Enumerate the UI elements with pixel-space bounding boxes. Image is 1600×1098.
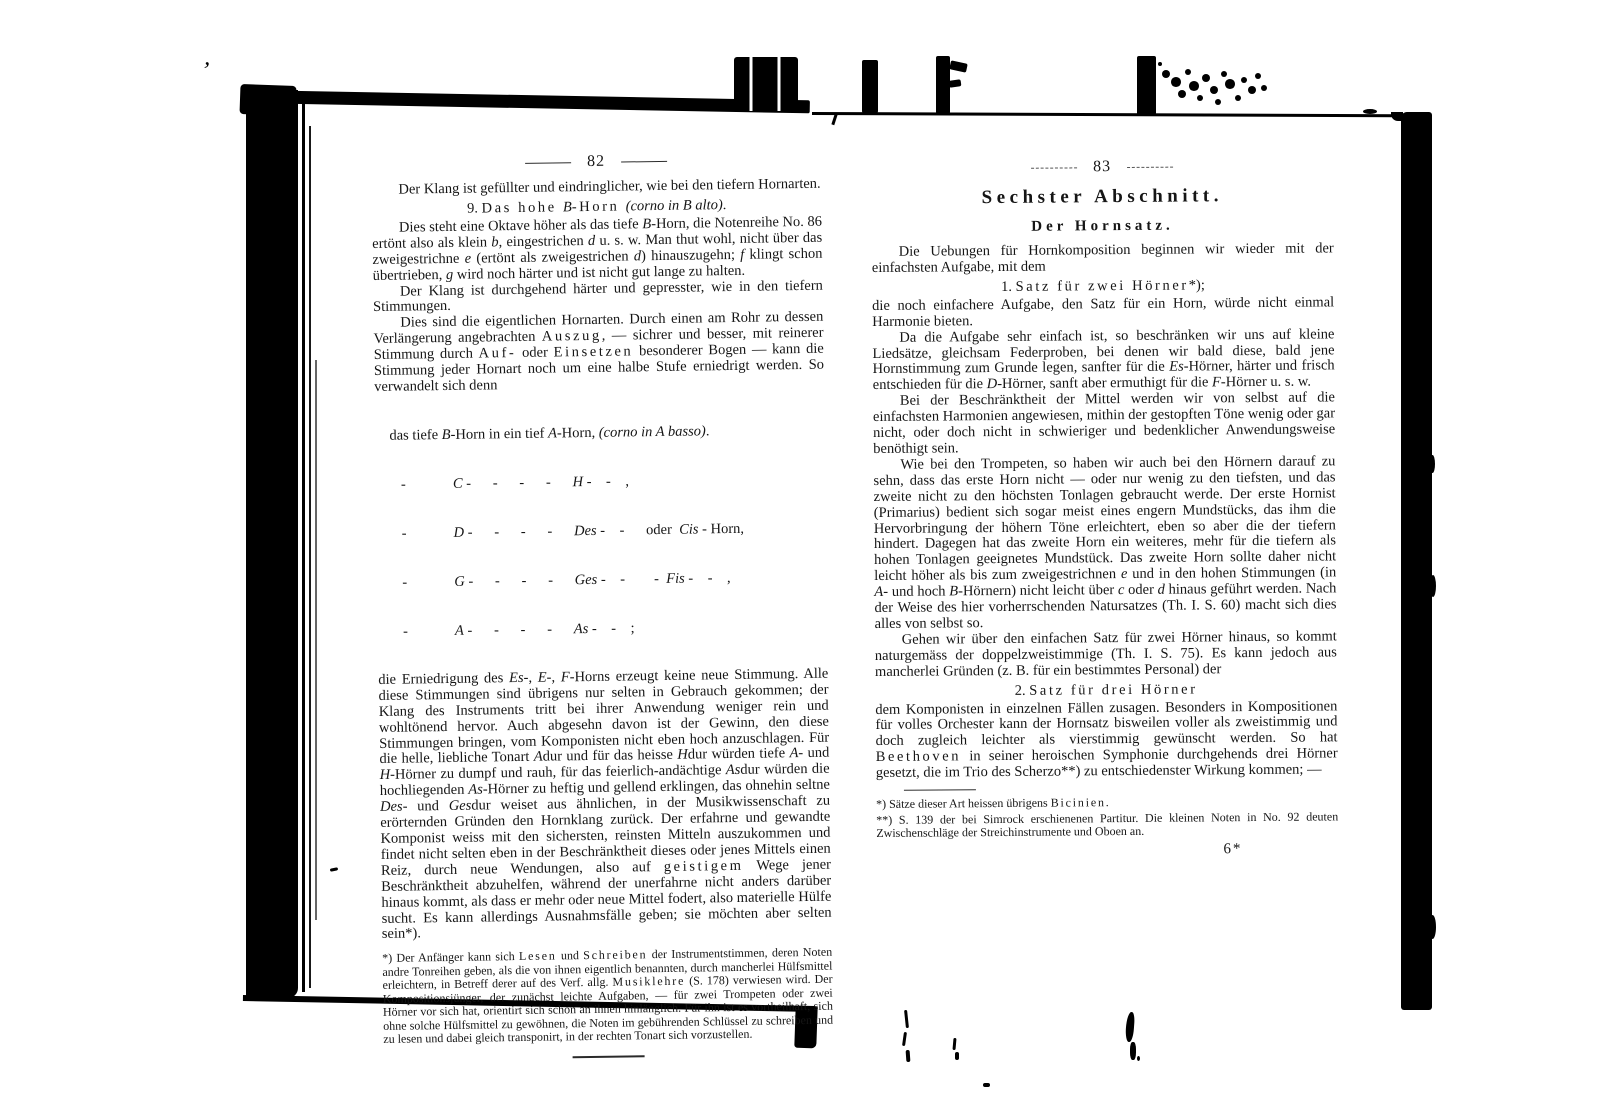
heading-satz-zwei-hoerner: 1. Satz für zwei Hörner*); [872, 276, 1334, 297]
ink-speck [1137, 1056, 1140, 1061]
footnote-2: **) S. 139 der bei Simrock erschienenen … [876, 810, 1338, 841]
header-dash [1031, 167, 1077, 168]
ink-speck [1430, 575, 1436, 597]
binding-gutter-shadow [246, 90, 298, 998]
paragraph-komponisten: dem Komponisten in einzelnen Fällen zusa… [875, 699, 1338, 782]
footnote-left-page: *) Der Anfänger kann sich Lesen und Schr… [382, 946, 833, 1047]
ink-speck [831, 114, 837, 125]
ink-speck [902, 1032, 907, 1046]
chapter-subheading: Der Hornsatz. [871, 216, 1333, 237]
page-82: 82 Der Klang ist gefüllter und eindringl… [371, 150, 834, 1061]
header-dash [525, 162, 571, 164]
ink-blot [1137, 56, 1156, 115]
chapter-heading: Sechster Abschnitt. [871, 184, 1333, 210]
paragraph-uebungen: Die Uebungen für Hornkomposition beginne… [872, 241, 1334, 276]
page-83: 83 Sechster Abschnitt. Der Hornsatz. Die… [871, 156, 1338, 860]
header-dash [1127, 166, 1173, 167]
printer-signature: 6* [876, 840, 1338, 861]
ink-blot [862, 60, 878, 113]
page-82-header: 82 [371, 150, 821, 174]
page-edge-line [309, 126, 311, 988]
ink-speck [983, 1083, 990, 1087]
page-edge-line [302, 98, 305, 992]
ink-speck [1125, 1012, 1135, 1042]
paragraph-einfachere: die noch einfachere Aufgabe, den Satz fü… [872, 295, 1334, 330]
ink-speckle-cloud [1158, 62, 1162, 66]
right-page-top-edge [812, 112, 1404, 117]
page-number-82: 82 [587, 153, 605, 171]
right-page-corner-wedge [1391, 112, 1403, 121]
paragraph-gehen: Gehen wir über den einfachen Satz für zw… [875, 629, 1337, 680]
ink-speck [906, 1050, 911, 1062]
ink-speck [330, 867, 338, 872]
table-intro-row: das tiefe B-Horn in ein tief A-Horn, (co… [375, 422, 825, 445]
ink-speck [1430, 455, 1435, 473]
page-edge-line [315, 360, 317, 920]
paragraph-oktave: Dies steht eine Oktave höher als das tie… [372, 215, 823, 285]
header-dash [621, 160, 667, 162]
right-page-edge-shadow [1401, 112, 1432, 1010]
paragraph-beschraenktheit: Bei der Beschränktheit der Mittel werden… [873, 391, 1335, 458]
ink-speck [1130, 1042, 1136, 1060]
ink-speck [952, 1038, 956, 1050]
table-row: - C - - - - H - - , [375, 471, 825, 494]
table-row: - G - - - - Ges - - - Fis - - , [377, 569, 827, 592]
page-number-83: 83 [1093, 158, 1111, 176]
ink-speck [955, 1052, 959, 1060]
ink-speck [904, 1010, 909, 1028]
ink-blot [734, 57, 798, 111]
ink-speck [1363, 109, 1377, 114]
paragraph-hornarten: Dies sind die eigentlichen Hornarten. Du… [373, 310, 824, 396]
left-page-top-edge [246, 90, 810, 113]
section-end-rule [573, 1055, 645, 1058]
ink-blot [936, 56, 950, 114]
ink-speck-comma: ’ [200, 58, 212, 86]
book-scan: ’ 82 Der Klang ist gefüllter und eindrin… [0, 0, 1600, 1098]
horn-tuning-table: das tiefe B-Horn in ein tief A-Horn, (co… [374, 390, 828, 673]
footnote-rule [904, 789, 976, 792]
paragraph-liedsaetze: Da die Aufgabe sehr einfach ist, so besc… [872, 327, 1334, 394]
table-row: - A - - - - As - - ; [378, 618, 828, 641]
ink-speck [1429, 915, 1436, 939]
page-83-header: 83 [871, 156, 1333, 178]
heading-satz-drei-hoerner: 2. Satz für drei Hörner [875, 680, 1337, 701]
paragraph-erniedrigung: die Erniedrigung des Es-, E-, F-Horns er… [378, 667, 832, 944]
ink-blot [949, 79, 962, 88]
ink-blot [949, 60, 967, 72]
table-row: - D - - - - Des - - oder Cis - Horn, [376, 520, 826, 543]
paragraph-trompeten: Wie bei den Trompeten, so haben wir auch… [873, 454, 1336, 633]
